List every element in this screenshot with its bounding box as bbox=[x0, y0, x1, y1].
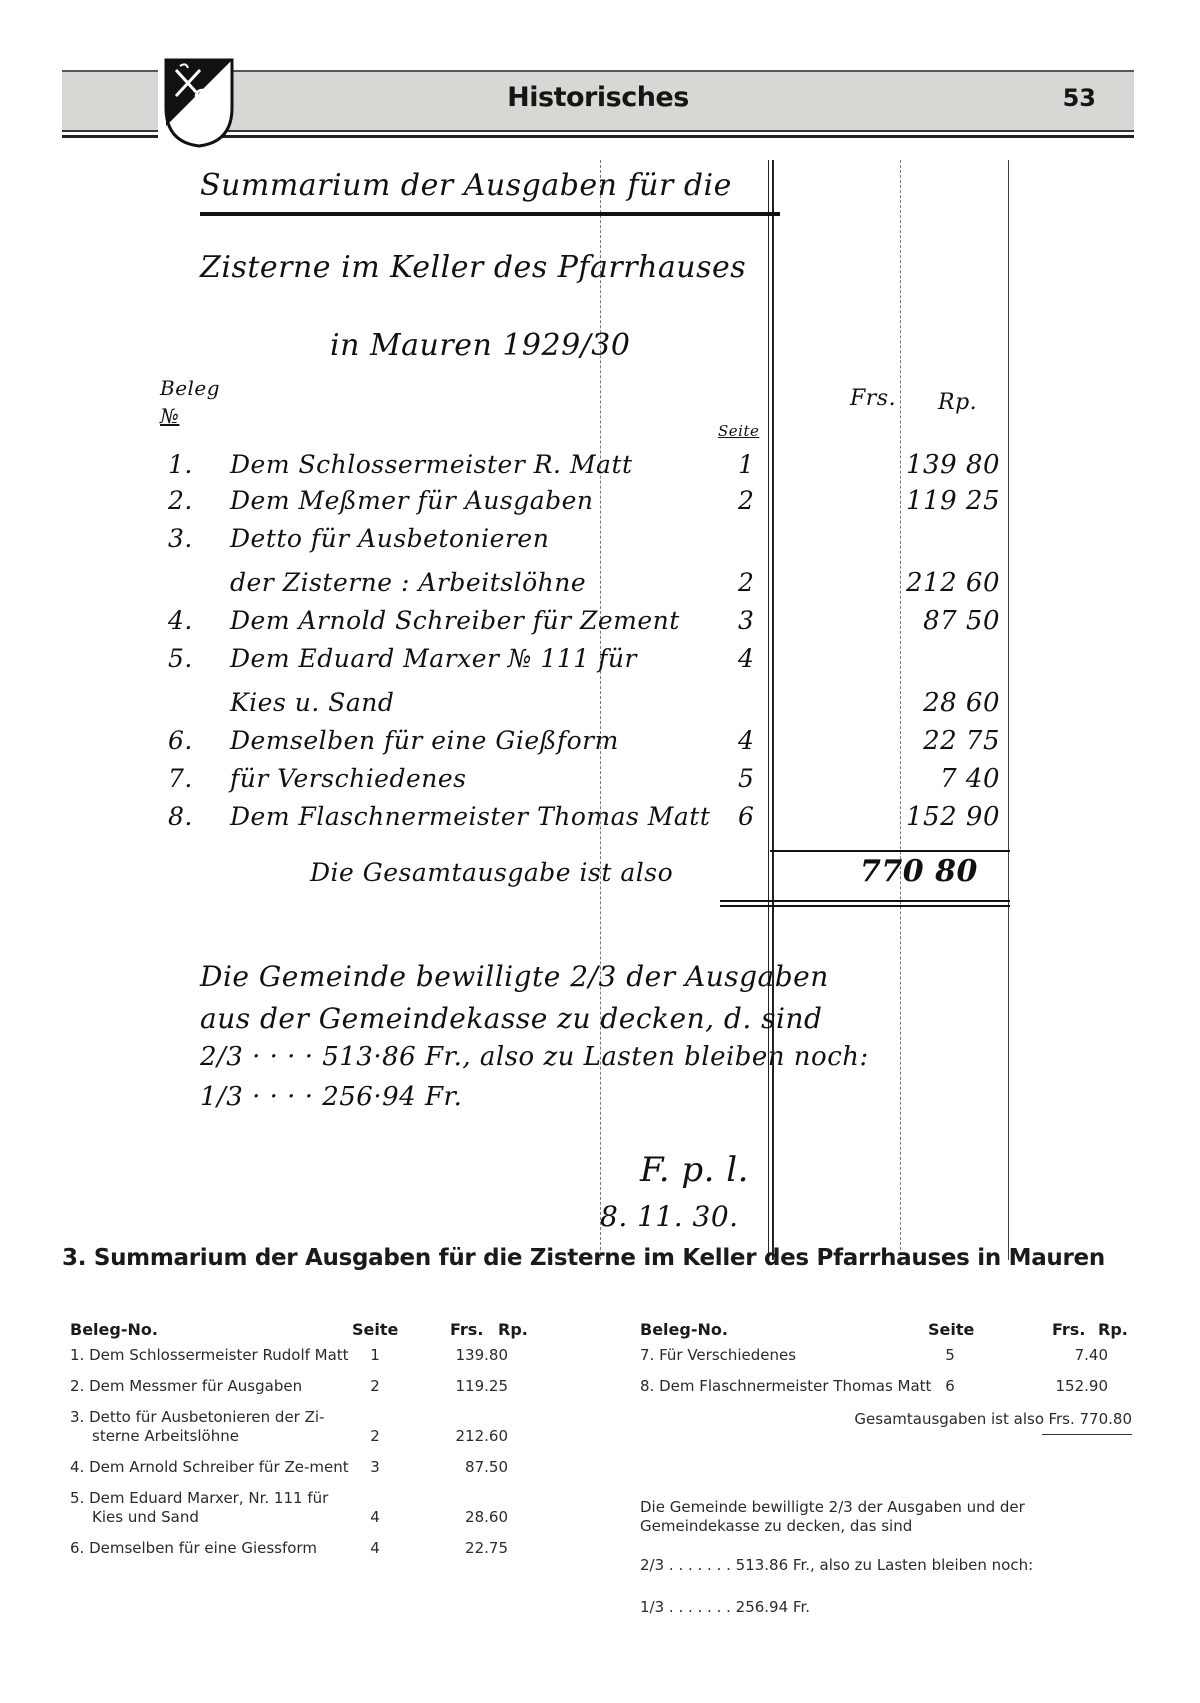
ledger-row-text: für Verschiedenes bbox=[230, 764, 467, 793]
col-rp: Rp. bbox=[938, 390, 977, 415]
ledger-row-text: Dem Flaschnermeister Thomas Matt bbox=[230, 802, 710, 831]
ledger-row-number: 3. bbox=[168, 524, 193, 553]
row-amount: 119.25 bbox=[428, 1377, 508, 1396]
ledger-total-text: Die Gesamtausgabe ist also bbox=[310, 858, 673, 887]
table-row: 8. Dem Flaschnermeister Thomas Matt6152.… bbox=[640, 1377, 1140, 1396]
row-description: 6. Demselben für eine Giessform bbox=[70, 1539, 362, 1558]
double-rule bbox=[720, 905, 1010, 907]
row-amount: 87.50 bbox=[428, 1458, 508, 1477]
ledger-title-line: in Mauren 1929/30 bbox=[330, 328, 630, 363]
two-thirds-line: 2/3 . . . . . . . 513.86 Fr., also zu La… bbox=[640, 1556, 1140, 1575]
table-header: Beleg-No. Seite Frs. Rp. bbox=[640, 1320, 1140, 1346]
ledger-note-line: Die Gemeinde bewilligte 2/3 der Ausgaben bbox=[200, 960, 829, 993]
row-amount: 212.60 bbox=[428, 1427, 508, 1446]
table-row: 4. Dem Arnold Schreiber für Ze-ment387.5… bbox=[70, 1458, 570, 1477]
ledger-row-text: Detto für Ausbetonieren bbox=[230, 524, 549, 553]
ledger-note-line: 1/3 · · · · 256·94 Fr. bbox=[200, 1082, 462, 1112]
row-description: 4. Dem Arnold Schreiber für Ze-ment bbox=[70, 1458, 362, 1477]
table-row: 7. Für Verschiedenes57.40 bbox=[640, 1346, 1140, 1365]
page-header: Historisches 53 bbox=[62, 64, 1134, 138]
row-amount: 28.60 bbox=[428, 1508, 508, 1527]
row-description: 2. Dem Messmer für Ausgaben bbox=[70, 1377, 362, 1396]
double-rule bbox=[720, 900, 1010, 902]
row-description: 7. Für Verschiedenes bbox=[640, 1346, 932, 1365]
row-amount: 22.75 bbox=[428, 1539, 508, 1558]
col-frs: Frs. bbox=[850, 386, 896, 411]
row-seite: 2 bbox=[360, 1427, 390, 1446]
expense-table-right: Beleg-No. Seite Frs. Rp. 7. Für Verschie… bbox=[640, 1320, 1140, 1434]
row-amount: 152.90 bbox=[1028, 1377, 1108, 1396]
row-amount: 139.80 bbox=[428, 1346, 508, 1365]
signature: F. p. l. bbox=[640, 1150, 749, 1190]
ledger-row-seite: 5 bbox=[738, 764, 754, 793]
header-beleg: Beleg-No. bbox=[70, 1320, 158, 1339]
ledger-row-amount: 139 80 bbox=[906, 450, 1000, 480]
ledger-row-number: 2. bbox=[168, 486, 193, 515]
ledger-row-seite: 4 bbox=[738, 726, 754, 755]
row-description: 3. Detto für Ausbetonieren der Zi-sterne… bbox=[70, 1408, 362, 1446]
ledger-row-amount: 119 25 bbox=[906, 486, 1000, 516]
row-seite: 5 bbox=[935, 1346, 965, 1365]
header-seite: Seite bbox=[928, 1320, 974, 1339]
ledger-row-seite: 1 bbox=[738, 450, 754, 479]
table-body: 7. Für Verschiedenes57.408. Dem Flaschne… bbox=[640, 1346, 1140, 1396]
table-body: 1. Dem Schlossermeister Rudolf Matt1139.… bbox=[70, 1346, 570, 1558]
row-seite: 4 bbox=[360, 1539, 390, 1558]
ledger-total-amount: 770 80 bbox=[860, 854, 978, 889]
ledger-ruling bbox=[768, 160, 769, 1260]
ledger-note-line: 2/3 · · · · 513·86 Fr., also zu Lasten b… bbox=[200, 1042, 869, 1072]
ledger-note-line: aus der Gemeindekasse zu decken, d. sind bbox=[200, 1002, 822, 1035]
sum-rule bbox=[770, 850, 1010, 852]
row-seite: 4 bbox=[360, 1508, 390, 1527]
header-rp: Rp. bbox=[498, 1320, 528, 1339]
ledger-row-text: der Zisterne : Arbeitslöhne bbox=[230, 568, 586, 597]
row-seite: 2 bbox=[360, 1377, 390, 1396]
handwritten-ledger-scan: Summarium der Ausgaben für die Zisterne … bbox=[160, 160, 1040, 1260]
total-row: Gesamtausgaben ist also Frs. 770.80 bbox=[640, 1408, 1140, 1434]
ledger-row-amount: 7 40 bbox=[940, 764, 1000, 794]
ledger-row-text: Dem Meßmer für Ausgaben bbox=[230, 486, 594, 515]
header-beleg: Beleg-No. bbox=[640, 1320, 728, 1339]
ledger-row-amount: 22 75 bbox=[923, 726, 1000, 756]
one-third-line: 1/3 . . . . . . . 256.94 Fr. bbox=[640, 1598, 1140, 1617]
row-amount: 7.40 bbox=[1028, 1346, 1108, 1365]
section-title: Historisches bbox=[62, 82, 1134, 113]
total-label: Gesamtausgaben ist also bbox=[854, 1408, 1044, 1430]
ledger-ruling bbox=[600, 160, 601, 1260]
ledger-row-text: Dem Schlossermeister R. Matt bbox=[230, 450, 633, 479]
header-seite: Seite bbox=[352, 1320, 398, 1339]
row-seite: 6 bbox=[935, 1377, 965, 1396]
total-rule bbox=[1042, 1434, 1132, 1435]
table-row: 3. Detto für Ausbetonieren der Zi-sterne… bbox=[70, 1408, 570, 1446]
ledger-row-amount: 212 60 bbox=[906, 568, 1000, 598]
ledger-ruling bbox=[900, 160, 901, 1260]
col-no: № bbox=[160, 404, 179, 428]
ledger-row-seite: 3 bbox=[738, 606, 754, 635]
row-description: 8. Dem Flaschnermeister Thomas Matt bbox=[640, 1377, 932, 1396]
ledger-row-text: Kies u. Sand bbox=[230, 688, 394, 717]
expense-table-left: Beleg-No. Seite Frs. Rp. 1. Dem Schlosse… bbox=[70, 1320, 570, 1570]
col-beleg: Beleg bbox=[160, 376, 220, 400]
table-row: 2. Dem Messmer für Ausgaben2119.25 bbox=[70, 1377, 570, 1396]
total-value: Frs. 770.80 bbox=[1048, 1408, 1132, 1430]
ledger-row-text: Dem Arnold Schreiber für Zement bbox=[230, 606, 680, 635]
ledger-row-text: Dem Eduard Marxer № 111 für bbox=[230, 644, 637, 673]
table-header: Beleg-No. Seite Frs. Rp. bbox=[70, 1320, 570, 1346]
header-frs: Frs. bbox=[1052, 1320, 1085, 1339]
table-row: 5. Dem Eduard Marxer, Nr. 111 für Kies u… bbox=[70, 1489, 570, 1527]
ledger-row-seite: 4 bbox=[738, 644, 754, 673]
ledger-ruling bbox=[1008, 160, 1009, 1260]
page-number: 53 bbox=[1063, 84, 1096, 112]
col-seite: Seite bbox=[718, 422, 759, 440]
header-rp: Rp. bbox=[1098, 1320, 1128, 1339]
ledger-row-seite: 2 bbox=[738, 568, 754, 597]
row-seite: 3 bbox=[360, 1458, 390, 1477]
ledger-row-amount: 152 90 bbox=[906, 802, 1000, 832]
row-description: 1. Dem Schlossermeister Rudolf Matt bbox=[70, 1346, 362, 1365]
row-seite: 1 bbox=[360, 1346, 390, 1365]
ledger-row-amount: 87 50 bbox=[923, 606, 1000, 636]
title-underline bbox=[200, 212, 780, 216]
ledger-row-seite: 6 bbox=[738, 802, 754, 831]
ledger-title-line: Zisterne im Keller des Pfarrhauses bbox=[200, 250, 746, 285]
ledger-row-seite: 2 bbox=[738, 486, 754, 515]
header-frs: Frs. bbox=[450, 1320, 483, 1339]
ledger-row-number: 8. bbox=[168, 802, 193, 831]
ledger-ruling bbox=[772, 160, 774, 1260]
ledger-row-amount: 28 60 bbox=[923, 688, 1000, 718]
signature-date: 8. 11. 30. bbox=[600, 1200, 739, 1233]
table-row: 1. Dem Schlossermeister Rudolf Matt1139.… bbox=[70, 1346, 570, 1365]
row-description: 5. Dem Eduard Marxer, Nr. 111 für Kies u… bbox=[70, 1489, 362, 1527]
table-row: 6. Demselben für eine Giessform422.75 bbox=[70, 1539, 570, 1558]
ledger-row-number: 1. bbox=[168, 450, 193, 479]
funding-paragraph: Die Gemeinde bewilligte 2/3 der Ausgaben… bbox=[640, 1498, 1140, 1536]
ledger-title-line: Summarium der Ausgaben für die bbox=[200, 168, 732, 203]
ledger-row-text: Demselben für eine Gießform bbox=[230, 726, 619, 755]
ledger-row-number: 6. bbox=[168, 726, 193, 755]
ledger-row-number: 7. bbox=[168, 764, 193, 793]
ledger-row-number: 4. bbox=[168, 606, 193, 635]
ledger-row-number: 5. bbox=[168, 644, 193, 673]
section-heading: 3. Summarium der Ausgaben für die Zister… bbox=[62, 1245, 1105, 1271]
